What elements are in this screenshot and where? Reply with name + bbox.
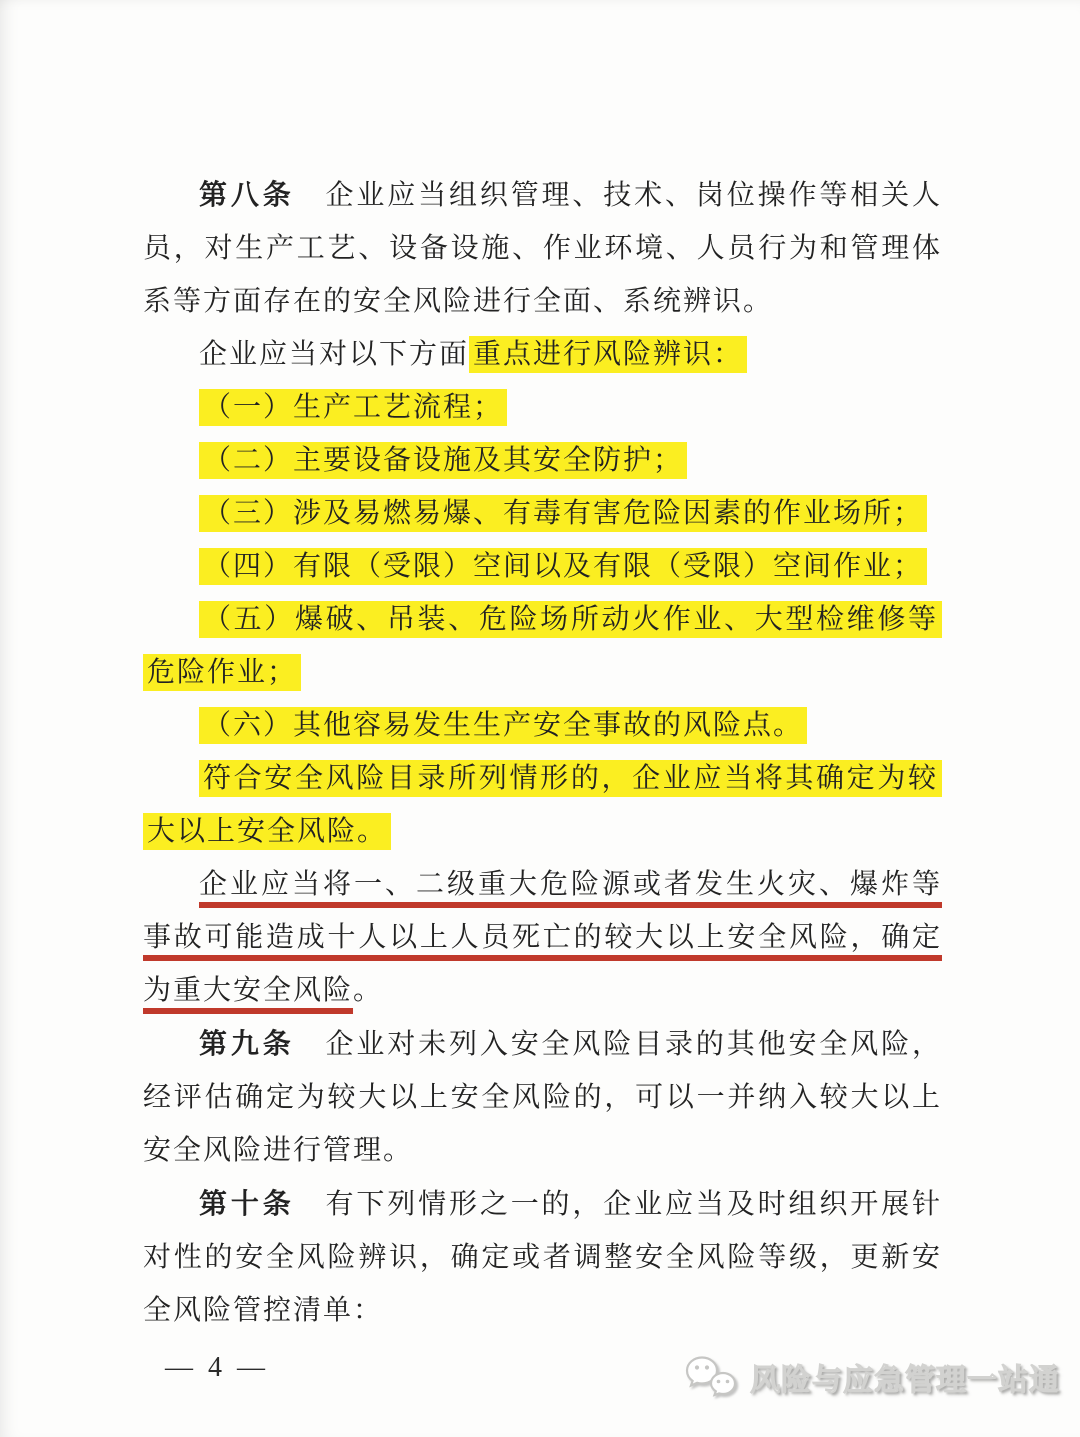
text-segment-highlight: （一）生产工艺流程； — [199, 389, 507, 426]
chat-bubbles-icon — [680, 1352, 742, 1402]
text-segment-highlight: （六）其他容易发生生产安全事故的风险点。 — [199, 707, 807, 744]
document-page: 第八条 企业应当组织管理、技术、岗位操作等相关人员，对生产工艺、设备设施、作业环… — [0, 0, 1080, 1437]
text-segment-highlight: （五）爆破、吊装、危险场所动火作业、大型检维修等危险作业； — [143, 601, 942, 691]
watermark: 风险与应急管理一站通 — [680, 1352, 1060, 1402]
paragraph: 第九条 企业对未列入安全风险目录的其他安全风险，经评估确定为较大以上安全风险的，… — [143, 1017, 942, 1177]
paragraph: 第八条 企业应当组织管理、技术、岗位操作等相关人员，对生产工艺、设备设施、作业环… — [143, 168, 942, 328]
paragraph: 企业应当将一、二级重大危险源或者发生火灾、爆炸等事故可能造成十人以上人员死亡的较… — [143, 858, 942, 1017]
paragraph: （三）涉及易燃易爆、有毒有害危险因素的作业场所； — [143, 487, 942, 540]
paragraph: （一）生产工艺流程； — [143, 381, 942, 434]
text-segment-highlight: （四）有限（受限）空间以及有限（受限）空间作业； — [199, 548, 927, 585]
paragraph: （六）其他容易发生生产安全事故的风险点。 — [143, 699, 942, 752]
text-segment-bold: 第九条 — [199, 1028, 295, 1059]
page-number: — 4 — — [165, 1352, 269, 1384]
paragraph: （二）主要设备设施及其安全防护； — [143, 434, 942, 487]
text-segment-highlight: 符合安全风险目录所列情形的，企业应当将其确定为较大以上安全风险。 — [143, 760, 942, 850]
document-body: 第八条 企业应当组织管理、技术、岗位操作等相关人员，对生产工艺、设备设施、作业环… — [143, 168, 942, 1337]
text-segment-bold: 第十条 — [199, 1188, 295, 1219]
paragraph: （四）有限（受限）空间以及有限（受限）空间作业； — [143, 540, 942, 593]
text-segment-bold: 第八条 — [199, 179, 295, 210]
text-segment-highlight: （三）涉及易燃易爆、有毒有害危险因素的作业场所； — [199, 495, 927, 532]
text-segment-underline: 企业应当将一、二级重大危险源或者发生火灾、爆炸等事故可能造成十人以上人员死亡的较… — [143, 869, 942, 1006]
paragraph: 符合安全风险目录所列情形的，企业应当将其确定为较大以上安全风险。 — [143, 752, 942, 858]
text-segment-highlight: （二）主要设备设施及其安全防护； — [199, 442, 687, 479]
watermark-text: 风险与应急管理一站通 — [750, 1355, 1060, 1399]
text-segment-highlight: 重点进行风险辨识： — [469, 336, 747, 373]
text-segment: 企业应当对以下方面 — [199, 339, 469, 370]
text-segment: 。 — [353, 975, 383, 1006]
paragraph: （五）爆破、吊装、危险场所动火作业、大型检维修等危险作业； — [143, 593, 942, 699]
paragraph: 企业应当对以下方面重点进行风险辨识： — [143, 328, 942, 381]
paragraph: 第十条 有下列情形之一的，企业应当及时组织开展针对性的安全风险辨识，确定或者调整… — [143, 1177, 942, 1337]
